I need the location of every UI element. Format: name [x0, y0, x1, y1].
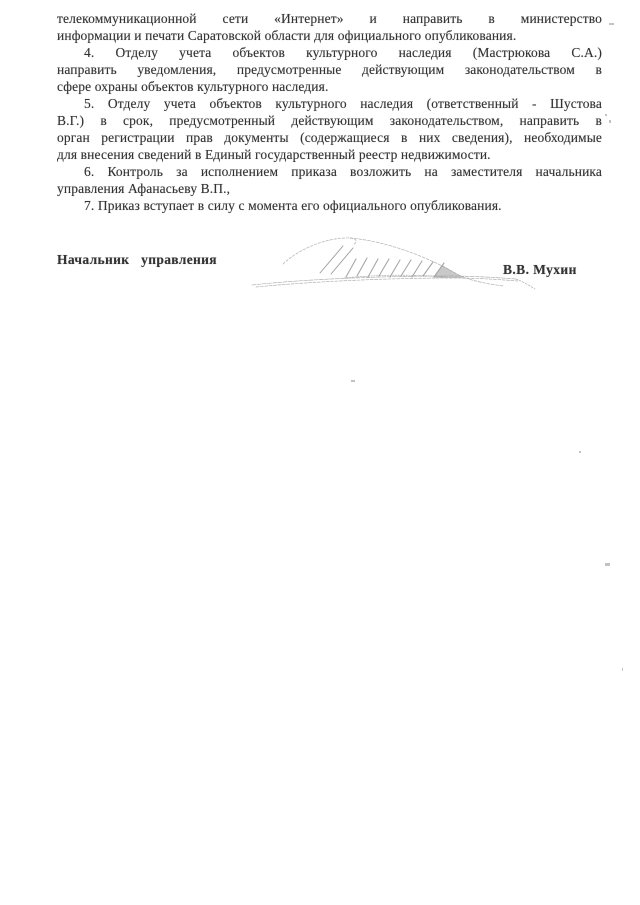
scan-speck [579, 451, 581, 453]
document-line: информации и печати Саратовской области … [57, 27, 602, 44]
signatory-title: Начальник управления [57, 252, 217, 268]
document-line: 4. Отделу учета объектов культурного нас… [57, 44, 602, 61]
document-line: телекоммуникационной сети «Интернет» и н… [57, 10, 602, 27]
scan-speck [609, 23, 614, 25]
document-line: 6. Контроль за исполнением приказа возло… [57, 163, 602, 180]
document-line: для внесения сведений в Единый государст… [57, 146, 602, 163]
text-block: телекоммуникационной сети «Интернет» и н… [57, 10, 602, 214]
scan-speck [605, 563, 610, 566]
document-line: В.Г.) в срок, предусмотренный действующи… [57, 112, 602, 129]
scan-speck [622, 668, 623, 671]
scan-speck [609, 120, 611, 123]
signature-image [246, 232, 538, 294]
document-line: направить уведомления, предусмотренные д… [57, 61, 602, 78]
document-line: 5. Отделу учета объектов культурного нас… [57, 95, 602, 112]
document-line: управления Афанасьеву В.П., [57, 180, 602, 197]
document-line: орган регистрации прав документы (содерж… [57, 129, 602, 146]
scan-speck [605, 114, 607, 116]
document-line: 7. Приказ вступает в силу с момента его … [57, 197, 602, 214]
document-line: сфере охраны объектов культурного наслед… [57, 78, 602, 95]
scan-speck [351, 380, 355, 382]
signatory-name: В.В. Мухин [503, 262, 577, 278]
document-page: телекоммуникационной сети «Интернет» и н… [0, 0, 640, 905]
